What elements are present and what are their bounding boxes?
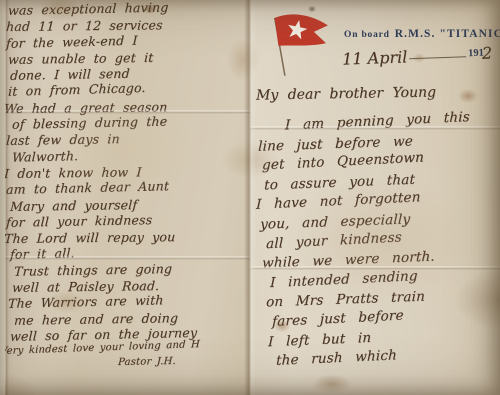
letter-photo: On boardR.M.S. "TITANIC." 11 April 191 2… bbox=[0, 0, 500, 395]
left-page-text: was exceptional havinghad 11 or 12 servi… bbox=[0, 3, 250, 371]
date-rule bbox=[409, 55, 466, 59]
ship-name-label: R.M.S. "TITANIC." bbox=[395, 28, 500, 40]
date-line: 11 April 191 2 bbox=[342, 40, 493, 64]
salutation: My dear brother Young bbox=[256, 84, 436, 103]
right-page-text: I am penning you thisline just before we… bbox=[250, 118, 500, 373]
printed-letterhead-text: On boardR.M.S. "TITANIC." bbox=[344, 24, 500, 42]
handwritten-year-digit: 2 bbox=[482, 43, 493, 62]
handwritten-line: Pastor J.H. bbox=[0, 354, 250, 371]
titanic-letterhead: On boardR.M.S. "TITANIC." 11 April 191 2 bbox=[250, 0, 500, 86]
onboard-label: On board bbox=[344, 30, 390, 40]
white-star-line-flag-icon bbox=[256, 6, 340, 82]
handwritten-date: 11 April bbox=[342, 47, 408, 68]
